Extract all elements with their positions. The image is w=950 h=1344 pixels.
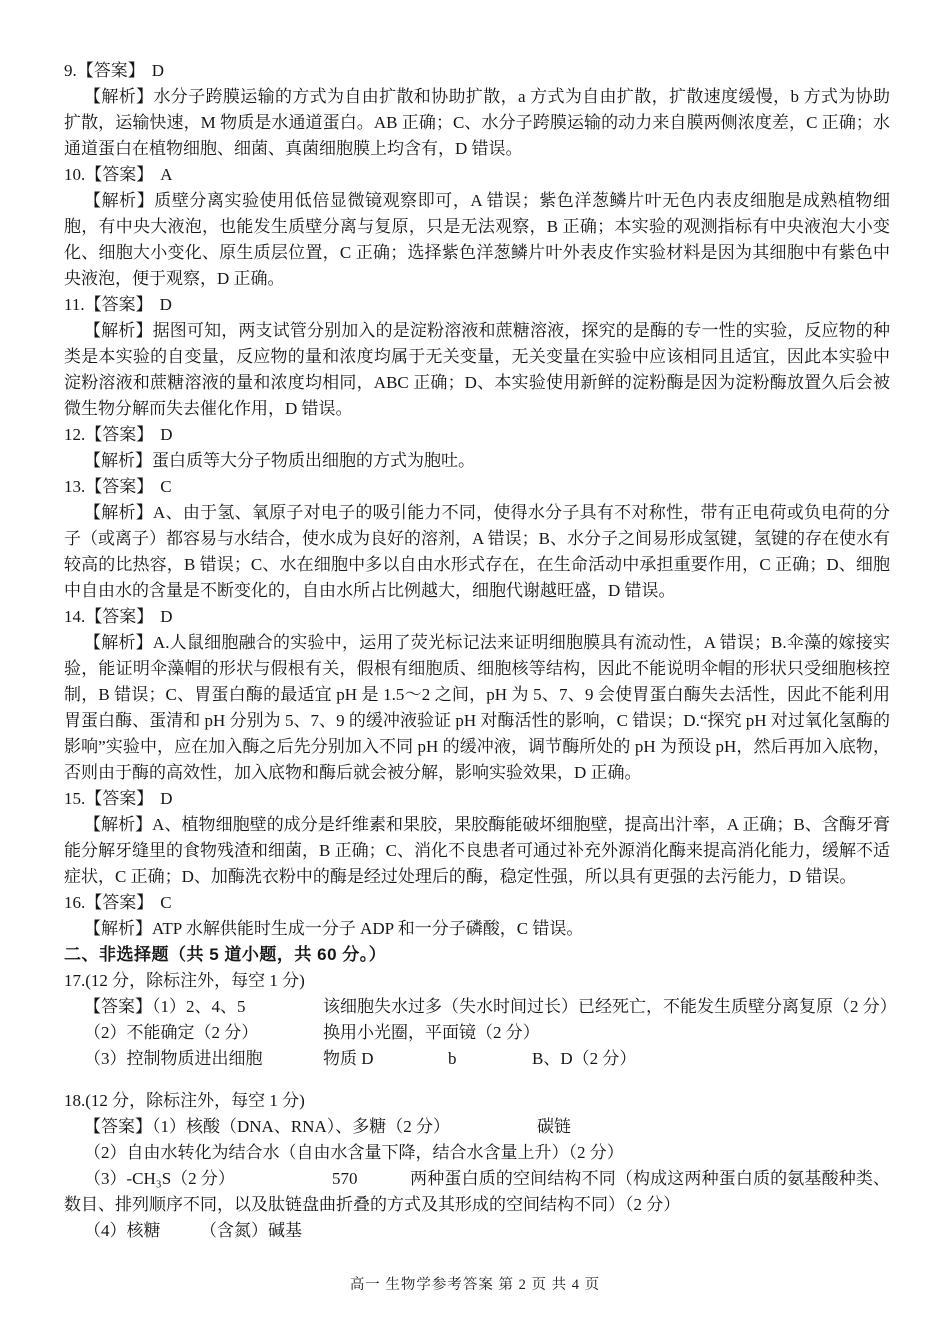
analysis-paragraph: 【解析】A、由于氢、氧原子对电子的吸引能力不同，使得水分子具有不对称性，带有正电… — [64, 500, 890, 604]
answer-part: b — [448, 1046, 532, 1072]
answer-row-4: （4）核糖（含氮）碱基 — [64, 1218, 890, 1244]
question-9: 9.【答案】D 【解析】水分子跨膜运输的方式为自由扩散和协助扩散，a 方式为自由… — [64, 58, 890, 162]
analysis-paragraph: 【解析】ATP 水解供能时生成一分子 ADP 和一分子磷酸，C 错误。 — [64, 916, 890, 942]
answer-letter: D — [160, 425, 172, 444]
answer-part: 【答案】（1）2、4、5 — [84, 994, 323, 1020]
answer-line: 13.【答案】C — [64, 474, 890, 500]
question-number: 15. — [64, 789, 85, 808]
answer-letter: D — [152, 61, 164, 80]
answer-label: 【答案】 — [85, 165, 153, 184]
answer-part: （3）-CH₃S（2 分） — [84, 1166, 332, 1192]
page-content: 9.【答案】D 【解析】水分子跨膜运输的方式为自由扩散和协助扩散，a 方式为自由… — [64, 58, 890, 1244]
answer-row-1: 【答案】（1）2、4、5该细胞失水过多（失水时间过长）已经死亡，不能发生质壁分离… — [64, 994, 890, 1020]
analysis-label: 【解析】 — [84, 503, 153, 522]
analysis-label: 【解析】 — [84, 815, 152, 834]
answer-sheet-page: { "labels": { "answer": "【答案】", "analysi… — [0, 0, 950, 1344]
answer-row-2: （2）不能确定（2 分）换用小光圈，平面镜（2 分） — [64, 1020, 890, 1046]
answer-line: 14.【答案】D — [64, 604, 890, 630]
question-number: 16. — [64, 893, 85, 912]
answer-label: 【答案】 — [85, 607, 153, 626]
analysis-text: A、植物细胞壁的成分是纤维素和果胶，果胶酶能破坏细胞壁，提高出汁率，A 正确；B… — [64, 815, 890, 886]
analysis-label: 【解析】 — [84, 321, 153, 340]
answer-letter: D — [160, 607, 172, 626]
question-13: 13.【答案】C 【解析】A、由于氢、氧原子对电子的吸引能力不同，使得水分子具有… — [64, 474, 890, 604]
question-18-header: 18.(12 分，除标注外，每空 1 分) — [64, 1088, 890, 1114]
score-note: (12 分，除标注外，每空 1 分) — [85, 1091, 305, 1110]
answer-label: 【答案】 — [85, 425, 153, 444]
answer-label: 【答案】 — [85, 789, 153, 808]
analysis-label: 【解析】 — [84, 633, 153, 652]
answer-line: 15.【答案】D — [64, 786, 890, 812]
analysis-text: A.人鼠细胞融合的实验中，运用了荧光标记法来证明细胞膜具有流动性，A 错误；B.… — [64, 633, 890, 782]
question-number: 11. — [64, 295, 85, 314]
answer-part: （3）控制物质进出细胞 — [84, 1046, 323, 1072]
question-number: 10. — [64, 165, 85, 184]
answer-part: 物质 D — [323, 1046, 448, 1072]
analysis-text: 水分子跨膜运输的方式为自由扩散和协助扩散，a 方式为自由扩散，扩散速度缓慢，b … — [64, 87, 890, 158]
answer-letter: C — [160, 893, 171, 912]
question-number: 12. — [64, 425, 85, 444]
question-12: 12.【答案】D 【解析】蛋白质等大分子物质出细胞的方式为胞吐。 — [64, 422, 890, 474]
answer-letter: D — [160, 789, 172, 808]
analysis-paragraph: 【解析】A.人鼠细胞融合的实验中，运用了荧光标记法来证明细胞膜具有流动性，A 错… — [64, 630, 890, 786]
answer-letter: D — [160, 295, 172, 314]
answer-part: 碳链 — [537, 1117, 571, 1136]
answer-line: 16.【答案】C — [64, 890, 890, 916]
answer-part: （2）自由水转化为结合水（自由水含量下降，结合水含量上升）（2 分） — [84, 1143, 624, 1162]
answer-part: （2）不能确定（2 分） — [84, 1020, 323, 1046]
analysis-text: 质壁分离实验使用低倍显微镜观察即可，A 错误；紫色洋葱鳞片叶无色内表皮细胞是成熟… — [64, 191, 890, 288]
analysis-paragraph: 【解析】质壁分离实验使用低倍显微镜观察即可，A 错误；紫色洋葱鳞片叶无色内表皮细… — [64, 188, 890, 292]
answer-label: 【答案】 — [85, 893, 153, 912]
answer-line: 10.【答案】A — [64, 162, 890, 188]
question-number: 17. — [64, 971, 85, 990]
analysis-paragraph: 【解析】水分子跨膜运输的方式为自由扩散和协助扩散，a 方式为自由扩散，扩散速度缓… — [64, 84, 890, 162]
score-note: (12 分，除标注外，每空 1 分) — [85, 971, 305, 990]
answer-part: 【答案】（1）核酸（DNA、RNA）、多糖（2 分） — [84, 1114, 537, 1140]
question-number: 18. — [64, 1091, 85, 1110]
analysis-paragraph: 【解析】蛋白质等大分子物质出细胞的方式为胞吐。 — [64, 448, 890, 474]
question-number: 14. — [64, 607, 85, 626]
section-2-heading: 二、非选择题（共 5 道小题，共 60 分。） — [64, 942, 890, 968]
question-17: 17.(12 分，除标注外，每空 1 分) 【答案】（1）2、4、5该细胞失水过… — [64, 968, 890, 1072]
answer-row-2: （2）自由水转化为结合水（自由水含量下降，结合水含量上升）（2 分） — [64, 1140, 890, 1166]
analysis-text: A、由于氢、氧原子对电子的吸引能力不同，使得水分子具有不对称性，带有正电荷或负电… — [64, 503, 890, 600]
question-15: 15.【答案】D 【解析】A、植物细胞壁的成分是纤维素和果胶，果胶酶能破坏细胞壁… — [64, 786, 890, 890]
answer-label: 【答案】 — [85, 477, 153, 496]
answer-label: 【答案】 — [85, 295, 153, 314]
answer-part: B、D（2 分） — [532, 1049, 636, 1068]
analysis-label: 【解析】 — [84, 191, 154, 210]
answer-letter: C — [160, 477, 171, 496]
answer-row-1: 【答案】（1）核酸（DNA、RNA）、多糖（2 分）碳链 — [64, 1114, 890, 1140]
analysis-text: ATP 水解供能时生成一分子 ADP 和一分子磷酸，C 错误。 — [152, 919, 583, 938]
answer-letter: A — [160, 165, 172, 184]
analysis-label: 【解析】 — [84, 87, 153, 106]
answer-line: 12.【答案】D — [64, 422, 890, 448]
question-16: 16.【答案】C 【解析】ATP 水解供能时生成一分子 ADP 和一分子磷酸，C… — [64, 890, 890, 942]
analysis-label: 【解析】 — [84, 451, 152, 470]
question-17-header: 17.(12 分，除标注外，每空 1 分) — [64, 968, 890, 994]
analysis-text: 蛋白质等大分子物质出细胞的方式为胞吐。 — [152, 451, 475, 470]
answer-line: 11.【答案】D — [64, 292, 890, 318]
answer-part: 换用小光圈，平面镜（2 分） — [323, 1023, 540, 1042]
page-footer: 高一 生物学参考答案 第 2 页 共 4 页 — [0, 1272, 950, 1298]
question-10: 10.【答案】A 【解析】质壁分离实验使用低倍显微镜观察即可，A 错误；紫色洋葱… — [64, 162, 890, 292]
analysis-paragraph: 【解析】据图可知，两支试管分别加入的是淀粉溶液和蔗糖溶液，探究的是酶的专一性的实… — [64, 318, 890, 422]
answer-part: （含氮）碱基 — [200, 1221, 302, 1240]
question-18: 18.(12 分，除标注外，每空 1 分) 【答案】（1）核酸（DNA、RNA）… — [64, 1088, 890, 1244]
answer-part: 570 — [332, 1166, 410, 1192]
question-14: 14.【答案】D 【解析】A.人鼠细胞融合的实验中，运用了荧光标记法来证明细胞膜… — [64, 604, 890, 786]
analysis-label: 【解析】 — [84, 919, 152, 938]
answer-row-3: （3）-CH₃S（2 分）570两种蛋白质的空间结构不同（构成这两种蛋白质的氨基… — [64, 1166, 890, 1218]
answer-row-3: （3）控制物质进出细胞物质 DbB、D（2 分） — [64, 1046, 890, 1072]
question-11: 11.【答案】D 【解析】据图可知，两支试管分别加入的是淀粉溶液和蔗糖溶液，探究… — [64, 292, 890, 422]
question-number: 13. — [64, 477, 85, 496]
answer-label: 【答案】 — [77, 61, 145, 80]
answer-part: 该细胞失水过多（失水时间过长）已经死亡，不能发生质壁分离复原（2 分） — [323, 997, 897, 1016]
answer-line: 9.【答案】D — [64, 58, 890, 84]
answer-part: （4）核糖 — [84, 1218, 200, 1244]
question-number: 9. — [64, 61, 77, 80]
analysis-paragraph: 【解析】A、植物细胞壁的成分是纤维素和果胶，果胶酶能破坏细胞壁，提高出汁率，A … — [64, 812, 890, 890]
analysis-text: 据图可知，两支试管分别加入的是淀粉溶液和蔗糖溶液，探究的是酶的专一性的实验，反应… — [64, 321, 890, 418]
